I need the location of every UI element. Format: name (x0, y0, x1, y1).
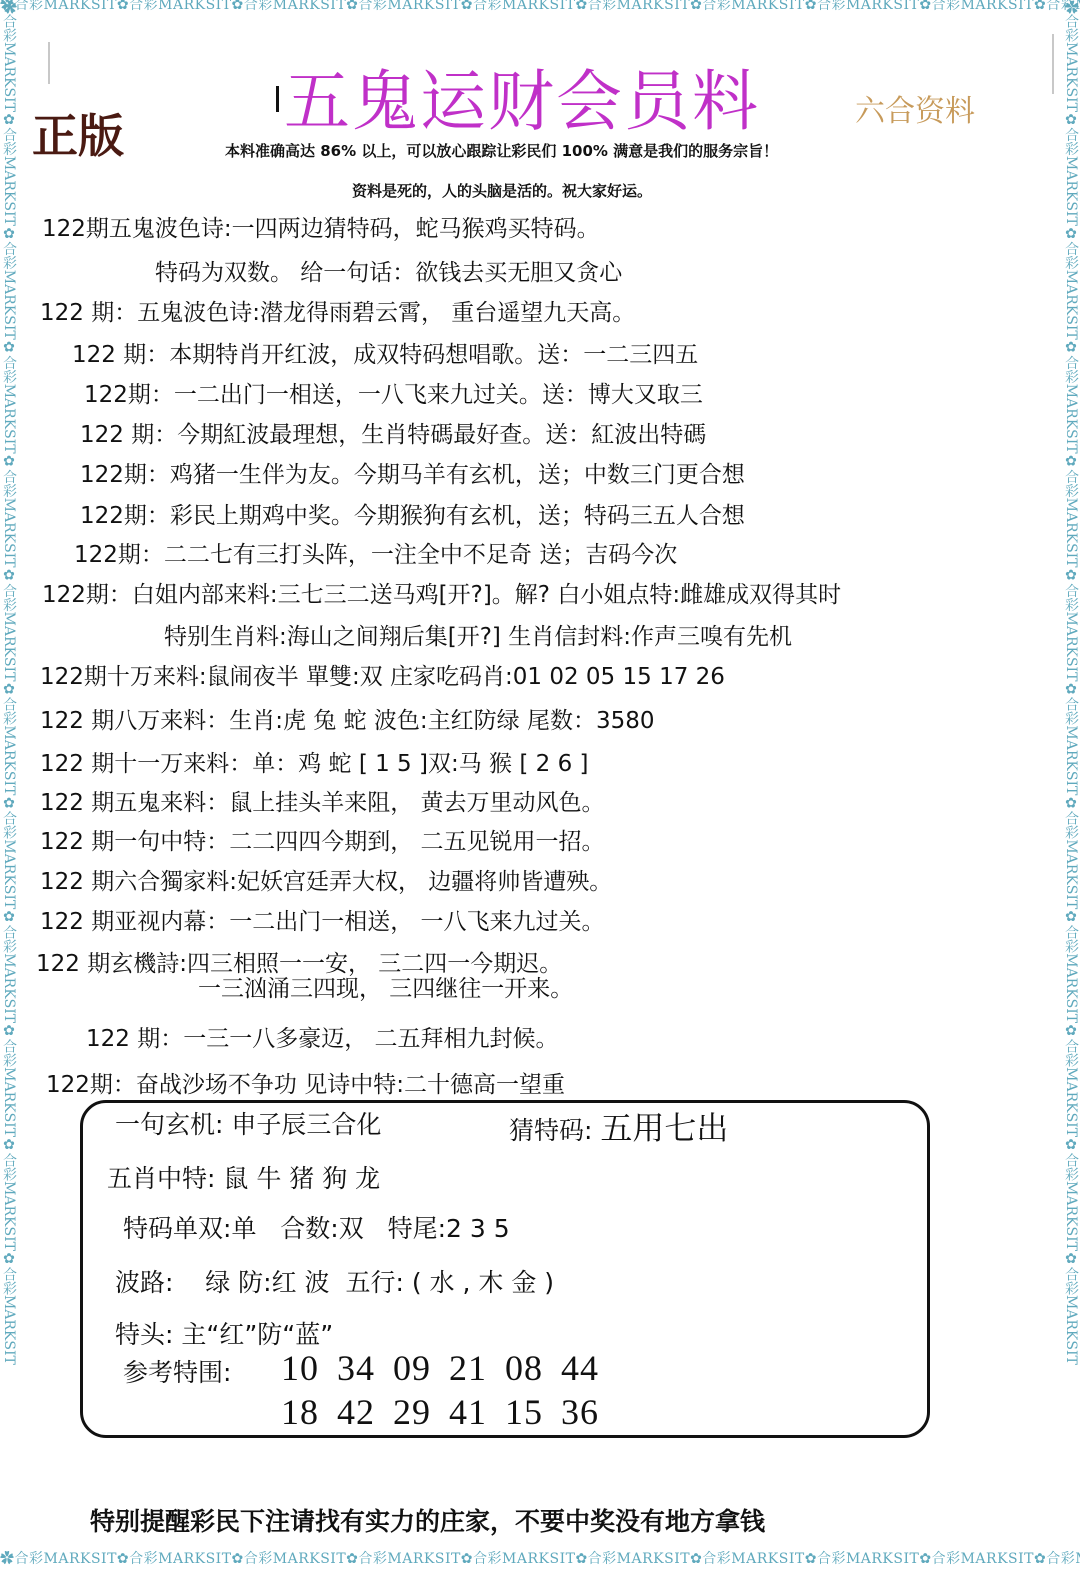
ref-label: 参考特围: (123, 1358, 231, 1387)
wave-row: 波路: 绿 防:红 波 五行: ( 水 , 木 金 ) (115, 1263, 554, 1299)
riddle-row: 一句玄机: 申子辰三合化 (115, 1105, 381, 1141)
line-12: 122期十万来料:鼠闹夜半 單雙:双 庄家吃码肖:01 02 05 15 17 … (40, 658, 725, 691)
head-label: 特头: (115, 1320, 173, 1349)
line-6: 122 期：今期紅波最理想，生肖特碼最好查。送：紅波出特碼 (80, 416, 706, 449)
title-cursor-bar (276, 86, 279, 112)
head-row: 特头: 主“红”防“蓝” (115, 1315, 333, 1351)
line-7: 122期：鸡猪一生伴为友。今期马羊有玄机，送；中数三门更合想 (80, 456, 745, 489)
ref-row: 参考特围: (123, 1353, 231, 1389)
line-1: 122期五鬼波色诗:一四两边猜特码，蛇马猴鸡买特码。 (42, 210, 600, 243)
authentic-stamp: 正版 (32, 100, 124, 166)
watermark-border-bottom: ✿合彩MARKSIT✿合彩MARKSIT✿合彩MARKSIT✿合彩MARKSIT… (0, 1550, 1080, 1568)
line-11: 特别生肖料:海山之间翔后集[开?] 生肖信封料:作声三嗅有先机 (164, 618, 792, 651)
watermark-border-top: ✿合彩MARKSIT✿合彩MARKSIT✿合彩MARKSIT✿合彩MARKSIT… (0, 0, 1080, 14)
riddle-value: 申子辰三合化 (231, 1110, 381, 1139)
slogan-luck: 资料是死的，人的头脑是活的。祝大家好运。 (352, 180, 652, 201)
watermark-border-left: ✿合彩MARKSIT✿合彩MARKSIT✿合彩MARKSIT✿合彩MARKSIT… (0, 0, 18, 1570)
line-4: 122 期：本期特肖开红波，成双特码想唱歌。送：一二三四五 (72, 336, 698, 369)
scan-artifact-right (1052, 34, 1054, 94)
riddle-label: 一句玄机: (115, 1110, 223, 1139)
line-15: 122 期五鬼来料：鼠上挂头羊来阻， 黄去万里动风色。 (40, 784, 605, 817)
page-subtitle: 六合资料 (855, 86, 975, 130)
line-18: 122 期亚视内幕：一二出门一相送， 一八飞来九过关。 (40, 903, 605, 936)
five-zodiac-value: 鼠 牛 猪 狗 龙 (223, 1164, 380, 1193)
footer-notice: 特别提醒彩民下注请找有实力的庄家，不要中奖没有地方拿钱 (90, 1502, 765, 1538)
five-zodiac-row: 五肖中特: 鼠 牛 猪 狗 龙 (107, 1159, 380, 1195)
line-8: 122期：彩民上期鸡中奖。今期猴狗有玄机，送；特码三五人合想 (80, 497, 745, 530)
wave-label: 波路: (115, 1268, 173, 1297)
guess-label: 猜特码: (509, 1116, 592, 1145)
line-17: 122 期六合獨家料:妃妖宫廷弄大权， 边疆将帅皆遭殃。 (40, 863, 612, 896)
odd-even-label: 特码单双: (123, 1214, 231, 1243)
elements-value: ( 水 , 木 金 ) (412, 1268, 554, 1297)
line-21: 122 期：一三一八多豪迈， 二五拜相九封候。 (86, 1020, 559, 1053)
ref-numbers-row-2: 18 42 29 41 15 36 (281, 1391, 599, 1433)
line-22: 122期：奋战沙场不争功 见诗中特:二十德高一望重 (46, 1066, 565, 1099)
line-3: 122 期：五鬼波色诗:潜龙得雨碧云霄， 重台遥望九天高。 (40, 294, 635, 327)
watermark-border-right: ✿合彩MARKSIT✿合彩MARKSIT✿合彩MARKSIT✿合彩MARKSIT… (1062, 0, 1080, 1570)
odd-even-value: 单 (231, 1214, 256, 1243)
tail-label: 特尾: (388, 1214, 446, 1243)
line-14: 122 期十一万来料：单：鸡 蛇 [ 1 5 ]双:马 猴 [ 2 6 ] (40, 745, 589, 778)
five-zodiac-label: 五肖中特: (107, 1164, 215, 1193)
sum-value: 双 (339, 1214, 364, 1243)
elements-label: 五行: (345, 1268, 403, 1297)
line-9: 122期：二二七有三打头阵，一注全中不足奇 送；吉码今次 (74, 536, 677, 569)
sum-label: 合数: (280, 1214, 338, 1243)
line-5: 122期：一二出门一相送，一八飞来九过关。送：博大又取三 (84, 376, 703, 409)
line-20: 一三汹涌三四现， 三四继往一开来。 (198, 970, 573, 1003)
line-16: 122 期一句中特：二二四四今期到， 二五见锐用一招。 (40, 823, 605, 856)
line-10: 122期：白姐内部来料:三七三二送马鸡[开?]。解? 白小姐点特:雌雄成双得其时 (42, 576, 841, 609)
guess-row: 猜特码: 五用七出 (509, 1103, 728, 1149)
summary-box: 一句玄机: 申子辰三合化 猜特码: 五用七出 五肖中特: 鼠 牛 猪 狗 龙 特… (80, 1100, 930, 1438)
line-2: 特码为双数。 给一句话：欲钱去买无胆又贪心 (155, 254, 622, 287)
wave-value: 绿 防:红 波 (205, 1268, 329, 1297)
line-13: 122 期八万来料：生肖:虎 兔 蛇 波色:主红防绿 尾数：3580 (40, 702, 655, 735)
odd-even-row: 特码单双:单 合数:双 特尾:2 3 5 (123, 1209, 510, 1245)
ref-numbers-row-1: 10 34 09 21 08 44 (281, 1347, 599, 1389)
head-value: 主“红”防“蓝” (181, 1320, 333, 1349)
tail-value: 2 3 5 (446, 1214, 510, 1243)
guess-value: 五用七出 (600, 1109, 728, 1147)
page-title: 五鬼运财会员料 (284, 48, 760, 143)
scan-artifact-left (48, 42, 50, 84)
slogan-accuracy: 本料准确高达 86% 以上，可以放心跟踪让彩民们 100% 满意是我们的服务宗旨… (225, 140, 778, 161)
